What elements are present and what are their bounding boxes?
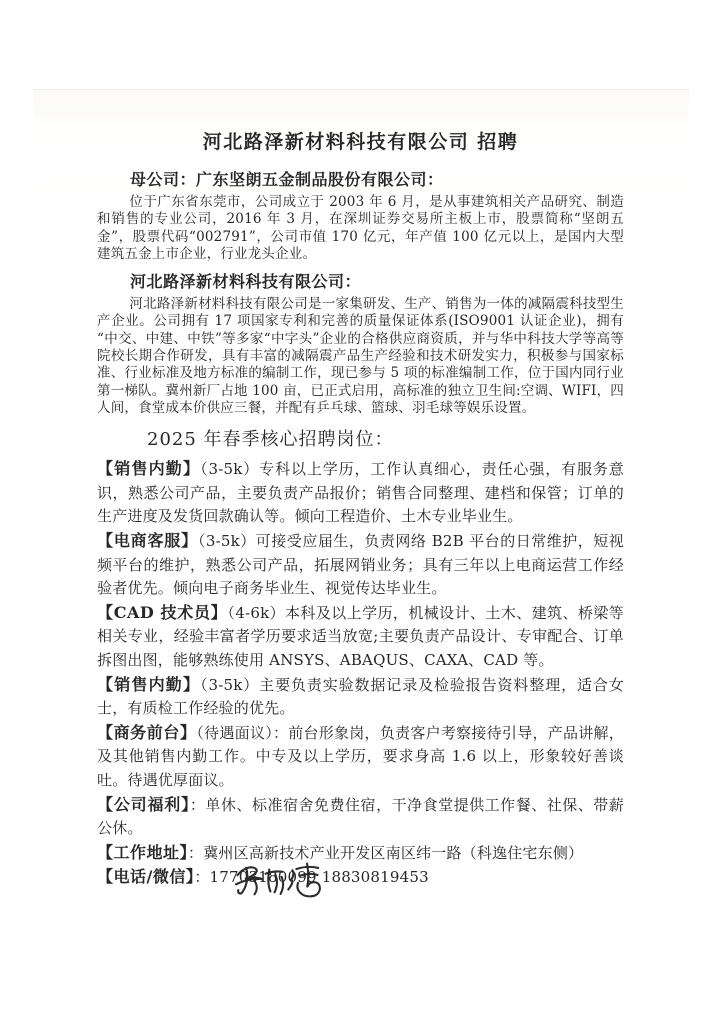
job-item-sales-clerk-2: 【销售内勤】（3-5k）主要负责实验数据记录及检验报告资料整理，适合女士，有质检… [97, 673, 624, 721]
job-item-company-benefits: 【公司福利】：单休、标准宿舍免费住宿，干净食堂提供工作餐、社保、带薪公休。 [97, 793, 624, 841]
job-title: 【销售内勤】 [97, 459, 200, 478]
company-paragraph: 河北路泽新材料科技有限公司是一家集研发、生产、销售为一体的减隔震科技型生产企业。… [97, 296, 624, 417]
job-list: 【销售内勤】（3-5k）专科以上学历，工作认真细心，责任心强，有服务意识，熟悉公… [97, 457, 624, 890]
parent-company-paragraph: 位于广东省东莞市，公司成立于 2003 年 6 月，是从事建筑相关产品研究、制造… [97, 194, 624, 263]
recruit-positions-heading: 2025 年春季核心招聘岗位： [97, 425, 624, 451]
job-title: 【商务前台】 [97, 723, 196, 742]
job-item-work-address: 【工作地址】：冀州区高新技术产业开发区南区纬一路（科逸住宅东侧） [97, 841, 624, 866]
job-item-phone-wechat: 【电话/微信】：17703180099 18830819453 [97, 865, 624, 890]
job-item-front-desk: 【商务前台】（待遇面议）：前台形象岗，负责客户考察接待引导，产品讲解，及其他销售… [97, 721, 624, 793]
job-item-sales-clerk: 【销售内勤】（3-5k）专科以上学历，工作认真细心，责任心强，有服务意识，熟悉公… [97, 457, 624, 529]
job-title: 【工作地址】 [97, 843, 188, 862]
job-title: 【电商客服】 [97, 531, 198, 550]
parent-company-heading: 母公司：广东坚朗五金制品股份有限公司： [97, 167, 624, 190]
company-heading: 河北路泽新材料科技有限公司： [97, 269, 624, 292]
job-title: 【电话/微信】 [97, 867, 194, 886]
scanned-document: 河北路泽新材料科技有限公司 招聘 母公司：广东坚朗五金制品股份有限公司： 位于广… [0, 0, 720, 1019]
handwritten-signature [232, 856, 326, 911]
job-title: 【公司福利】 [97, 795, 190, 814]
job-title: 【销售内勤】 [97, 675, 200, 694]
job-title: 【CAD 技术员】 [97, 603, 227, 622]
document-title: 河北路泽新材料科技有限公司 招聘 [97, 127, 624, 154]
job-item-ecommerce-service: 【电商客服】（3-5k）可接受应届生，负责网络 B2B 平台的日常维护，短视频平… [97, 529, 624, 601]
document-content: 河北路泽新材料科技有限公司 招聘 母公司：广东坚朗五金制品股份有限公司： 位于广… [97, 127, 624, 890]
job-item-cad-technician: 【CAD 技术员】（4-6k）本科及以上学历，机械设计、土木、建筑、桥梁等相关专… [97, 601, 624, 673]
